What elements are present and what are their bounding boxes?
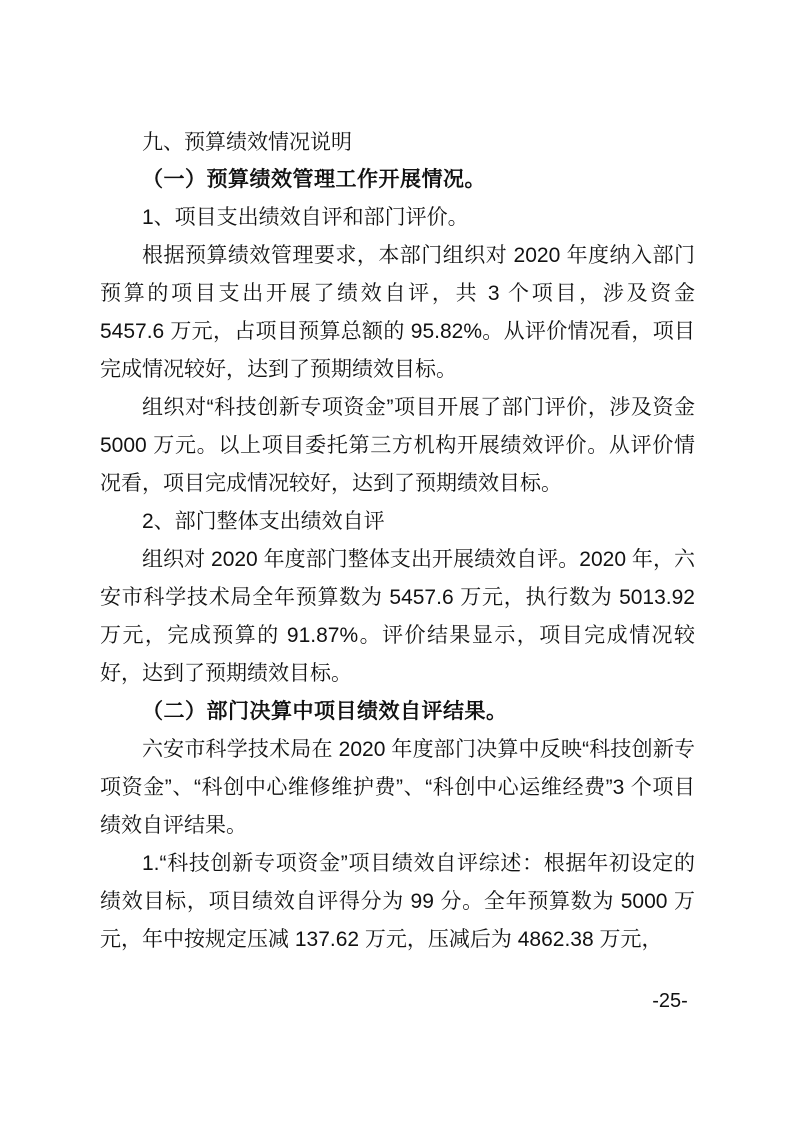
subsection-heading-1-1: 1、项目支出绩效自评和部门评价。 [100, 199, 695, 237]
subsection-heading-1-2: 2、部门整体支出绩效自评 [100, 503, 695, 541]
paragraph-overall-expenditure-evaluation: 组织对 2020 年度部门整体支出开展绩效自评。2020 年，六安市科学技术局全… [100, 541, 695, 693]
page-number: -25- [640, 986, 700, 1016]
paragraph-three-projects-list: 六安市科学技术局在 2020 年度部门决算中反映“科技创新专项资金”、“科创中心… [100, 731, 695, 845]
document-content: 九、预算绩效情况说明 （一）预算绩效管理工作开展情况。 1、项目支出绩效自评和部… [100, 123, 695, 959]
paragraph-department-evaluation: 组织对“科技创新专项资金”项目开展了部门评价，涉及资金 5000 万元。以上项目… [100, 389, 695, 503]
section-heading-2: （二）部门决算中项目绩效自评结果。 [100, 693, 695, 731]
paragraph-tech-innovation-fund-summary: 1.“科技创新专项资金”项目绩效自评综述：根据年初设定的绩效目标，项目绩效自评得… [100, 845, 695, 959]
paragraph-project-self-evaluation: 根据预算绩效管理要求，本部门组织对 2020 年度纳入部门预算的项目支出开展了绩… [100, 237, 695, 389]
document-page: 九、预算绩效情况说明 （一）预算绩效管理工作开展情况。 1、项目支出绩效自评和部… [0, 0, 793, 1122]
chapter-heading: 九、预算绩效情况说明 [100, 123, 695, 161]
section-heading-1: （一）预算绩效管理工作开展情况。 [100, 161, 695, 199]
